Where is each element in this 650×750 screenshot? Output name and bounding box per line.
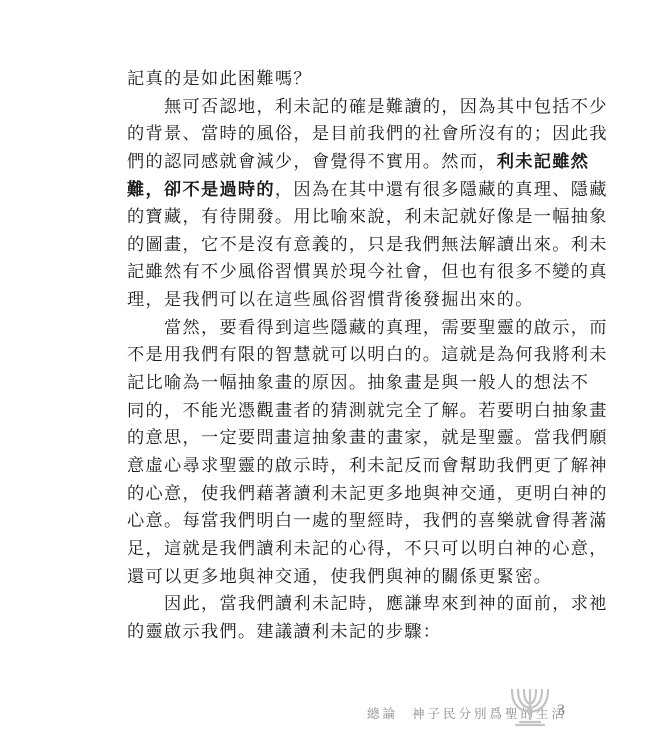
text-line: 的圖畫，它不是沒有意義的，只是我們無法解讀出來。利未 — [127, 232, 519, 260]
text-segment: 的背景、當時的風俗，是目前我們的社會所沒有的；因此我 — [127, 124, 608, 144]
text-segment: 因此，當我們讀利未記時，應謙卑來到神的面前，求祂 — [164, 594, 608, 614]
text-line: 因此，當我們讀利未記時，應謙卑來到神的面前，求祂 — [127, 591, 519, 619]
text-line: 的靈啟示我們。建議讀利未記的步驟： — [127, 619, 519, 647]
page-number: 3 — [557, 702, 565, 720]
text-segment: 理，是我們可以在這些風俗習慣背後發掘出來的。 — [127, 290, 534, 310]
text-line: 們的認同感就會減少，會覺得不實用。然而，利未記雖然 — [127, 149, 519, 177]
text-segment: 的圖畫，它不是沒有意義的，只是我們無法解讀出來。利未 — [127, 235, 608, 255]
text-line: 的意思，一定要問畫這抽象畫的畫家，就是聖靈。當我們願 — [127, 425, 519, 453]
text-segment: 足，這就是我們讀利未記的心得，不只可以明白神的心意， — [127, 539, 608, 559]
text-segment: 不是用我們有限的智慧就可以明白的。這就是為何我將利未 — [127, 345, 608, 365]
text-line: 當然，要看得到這些隱藏的真理，需要聖靈的啟示，而 — [127, 315, 519, 343]
text-line: 的寶藏，有待開發。用比喻來說，利未記就好像是一幅抽象 — [127, 204, 519, 232]
text-segment: 的意思，一定要問畫這抽象畫的畫家，就是聖靈。當我們願 — [127, 428, 608, 448]
text-line: 難，卻不是過時的，因為在其中還有很多隱藏的真理、隱藏 — [127, 177, 519, 205]
text-segment: 記雖然有不少風俗習慣異於現今社會，但也有很多不變的真 — [127, 262, 608, 282]
text-line: 記雖然有不少風俗習慣異於現今社會，但也有很多不變的真 — [127, 259, 519, 287]
text-segment: 當然，要看得到這些隱藏的真理，需要聖靈的啟示，而 — [164, 318, 608, 338]
menorah-icon — [508, 686, 552, 728]
text-segment: 心意。每當我們明白一處的聖經時，我們的喜樂就會得著滿 — [127, 511, 608, 531]
footer-section-label: 總論 — [367, 706, 398, 721]
text-segment: 的寶藏，有待開發。用比喻來說，利未記就好像是一幅抽象 — [127, 207, 608, 227]
text-segment: 意虛心尋求聖靈的啟示時，利未記反而會幫助我們更了解神 — [127, 456, 608, 476]
text-line: 還可以更多地與神交通，使我們與神的關係更緊密。 — [127, 564, 519, 592]
page-body: 記真的是如此困難嗎？無可否認地，利未記的確是難讀的，因為其中包括不少的背景、當時… — [127, 66, 519, 646]
text-line: 記真的是如此困難嗎？ — [127, 66, 519, 94]
text-segment: 還可以更多地與神交通，使我們與神的關係更緊密。 — [127, 567, 552, 587]
text-line: 同的，不能光憑觀畫者的猜測就完全了解。若要明白抽象畫 — [127, 398, 519, 426]
bold-text: 利未記雖然 — [497, 152, 589, 172]
text-segment: 無可否認地，利未記的確是難讀的，因為其中包括不少 — [164, 97, 608, 117]
text-segment: 們的認同感就會減少，會覺得不實用。然而， — [127, 152, 497, 172]
text-line: 意虛心尋求聖靈的啟示時，利未記反而會幫助我們更了解神 — [127, 453, 519, 481]
text-line: 無可否認地，利未記的確是難讀的，因為其中包括不少 — [127, 94, 519, 122]
text-segment: 的靈啟示我們。建議讀利未記的步驟： — [127, 622, 441, 642]
text-line: 不是用我們有限的智慧就可以明白的。這就是為何我將利未 — [127, 342, 519, 370]
text-segment: 記比喻為一幅抽象畫的原因。抽象畫是與一般人的想法不 — [127, 373, 589, 393]
text-line: 的心意，使我們藉著讀利未記更多地與神交通，更明白神的 — [127, 481, 519, 509]
text-segment: 的心意，使我們藉著讀利未記更多地與神交通，更明白神的 — [127, 484, 608, 504]
text-segment: ，因為在其中還有很多隱藏的真理、隱藏 — [275, 180, 608, 200]
bold-text: 難，卻不是過時的 — [127, 180, 275, 200]
text-segment: 記真的是如此困難嗎？ — [127, 69, 312, 89]
text-line: 的背景、當時的風俗，是目前我們的社會所沒有的；因此我 — [127, 121, 519, 149]
text-line: 理，是我們可以在這些風俗習慣背後發掘出來的。 — [127, 287, 519, 315]
text-line: 足，這就是我們讀利未記的心得，不只可以明白神的心意， — [127, 536, 519, 564]
text-line: 心意。每當我們明白一處的聖經時，我們的喜樂就會得著滿 — [127, 508, 519, 536]
text-line: 記比喻為一幅抽象畫的原因。抽象畫是與一般人的想法不 — [127, 370, 519, 398]
text-segment: 同的，不能光憑觀畫者的猜測就完全了解。若要明白抽象畫 — [127, 401, 608, 421]
